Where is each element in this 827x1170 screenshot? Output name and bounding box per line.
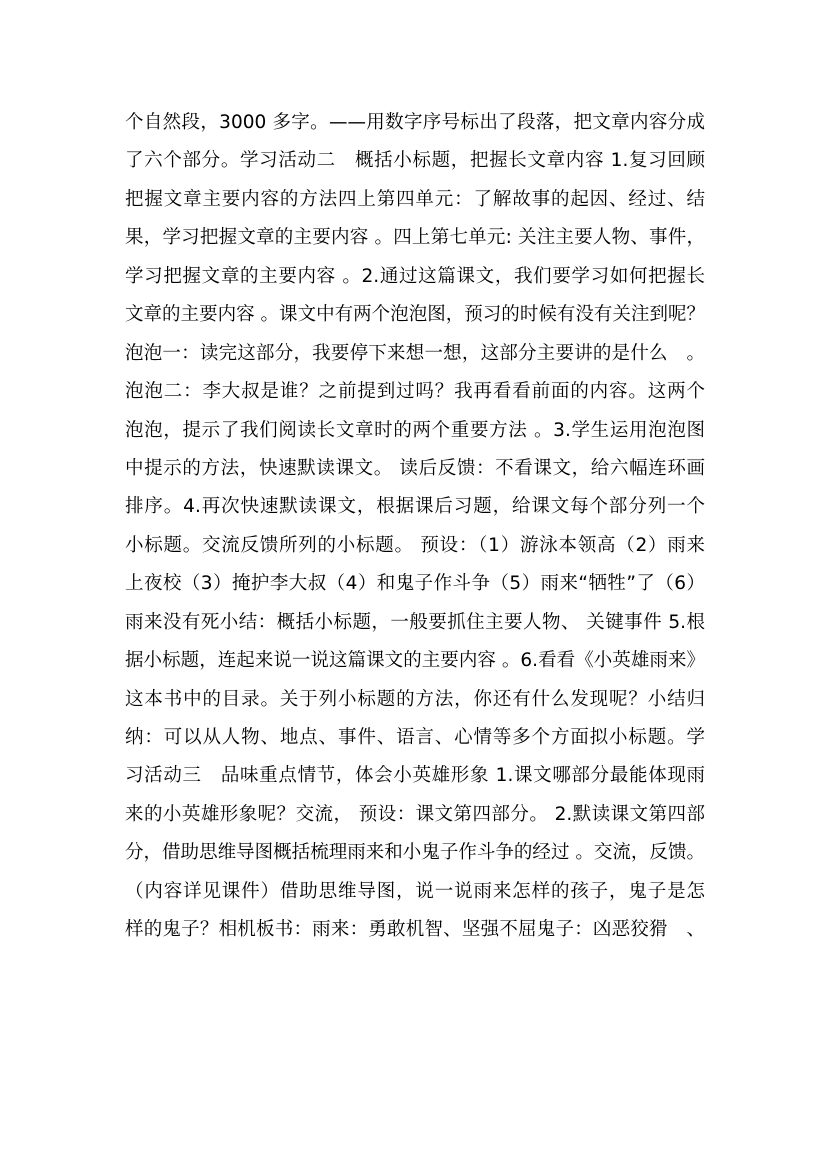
text-line: 学习把握文章的主要内容 。2.通过这篇课文，我们要学习如何把握长	[125, 258, 705, 296]
text-line: （内容详见课件）借助思维导图，说一说雨来怎样的孩子，鬼子是怎	[125, 873, 705, 911]
text-line: 排序。4.再次快速默读课文，根据课后习题，给课文每个部分列一个	[125, 488, 705, 526]
text-line: 样的鬼子？相机板书：雨来：勇敢机智、坚强不屈鬼子：凶恶狡猾 、	[125, 911, 705, 949]
text-line: 中提示的方法，快速默读课文。 读后反馈：不看课文，给六幅连环画	[125, 450, 705, 488]
body-text: 个自然段，3000 多字。——用数字序号标出了段落，把文章内容分成 了六个部分。…	[125, 104, 705, 950]
text-line: 来的小英雄形象呢？交流， 预设：课文第四部分。 2.默读课文第四部	[125, 796, 705, 834]
text-line: 泡泡一：读完这部分，我要停下来想一想，这部分主要讲的是什么 。	[125, 335, 705, 373]
text-line: 了六个部分。学习活动二 概括小标题，把握长文章内容 1.复习回顾	[125, 142, 705, 180]
text-line: 把握文章主要内容的方法四上第四单元：了解故事的起因、经过、结	[125, 181, 705, 219]
text-line: 个自然段，3000 多字。——用数字序号标出了段落，把文章内容分成	[125, 104, 705, 142]
text-line: 小标题。交流反馈所列的小标题。 预设：（1）游泳本领高（2）雨来	[125, 527, 705, 565]
text-line: 分，借助思维导图概括梳理雨来和小鬼子作斗争的经过 。交流，反馈。	[125, 834, 705, 872]
text-line: 文章的主要内容 。课文中有两个泡泡图，预习的时候有没有关注到呢？	[125, 296, 705, 334]
text-line: 上夜校（3）掩护李大叔（4）和鬼子作斗争（5）雨来“牺牲”了（6）	[125, 565, 705, 603]
text-line: 据小标题，连起来说一说这篇课文的主要内容 。6.看看《小英雄雨来》	[125, 642, 705, 680]
text-line: 泡泡二：李大叔是谁？之前提到过吗？我再看看前面的内容。这两个	[125, 373, 705, 411]
text-line: 雨来没有死小结：概括小标题，一般要抓住主要人物、 关键事件 5.根	[125, 604, 705, 642]
text-line: 这本书中的目录。关于列小标题的方法，你还有什么发现呢？小结归	[125, 681, 705, 719]
text-line: 泡泡，提示了我们阅读长文章时的两个重要方法 。3.学生运用泡泡图	[125, 412, 705, 450]
text-line: 纳：可以从人物、地点、事件、语言、心情等多个方面拟小标题。学	[125, 719, 705, 757]
text-line: 果，学习把握文章的主要内容 。四上第七单元: 关注主要人物、事件，	[125, 219, 705, 257]
text-line: 习活动三 品味重点情节，体会小英雄形象 1.课文哪部分最能体现雨	[125, 757, 705, 795]
document-page: 个自然段，3000 多字。——用数字序号标出了段落，把文章内容分成 了六个部分。…	[0, 0, 827, 1170]
